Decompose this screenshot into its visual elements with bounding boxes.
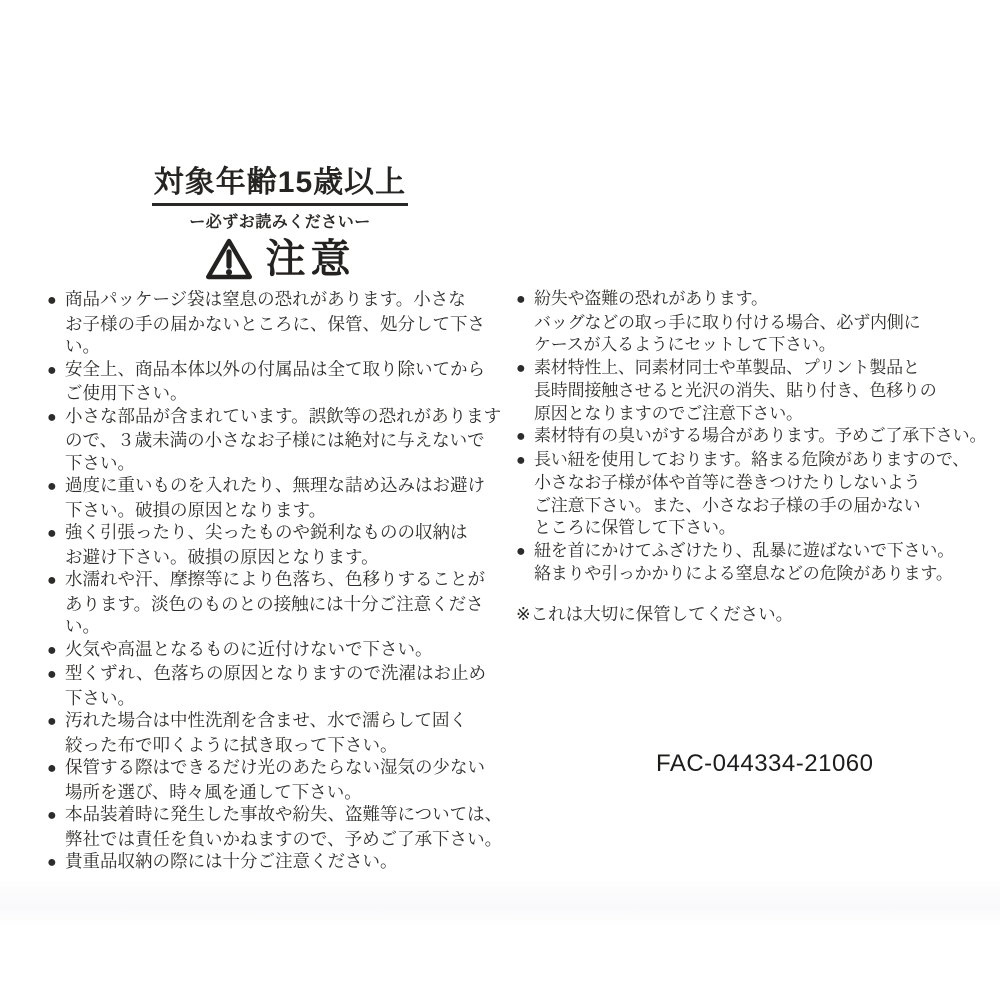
warning-text: 本品装着時に発生した事故や紛失、盗難等については、 弊社では責任を負いかねますの… xyxy=(65,804,502,849)
warning-list-item: ●水濡れや汗、摩擦等により色落ち、色移りすることが あります。淡色のものとの接触… xyxy=(47,568,515,638)
left-warning-list: ●商品パッケージ袋は窒息の恐れがあります。小さな お子様の手の届かないところに、… xyxy=(47,288,515,875)
warning-text: 汚れた場合は中性洗剤を含ませ、水で濡らして固く 絞った布で叩くように拭き取って下… xyxy=(65,710,467,755)
warning-label-page: { "header": { "age_notice": "対象年齢15歳以上",… xyxy=(0,0,1000,1000)
warning-text: 火気や高温となるものに近付けないで下さい。 xyxy=(65,639,433,659)
warning-text: 過度に重いものを入れたり、無理な詰め込みはお避け 下さい。破損の原因となります。 xyxy=(65,475,485,520)
left-warning-column: ●商品パッケージ袋は窒息の恐れがあります。小さな お子様の手の届かないところに、… xyxy=(47,288,515,875)
warning-text: 素材特性上、同素材同士や革製品、プリント製品と 長時間接触させると光沢の消失、貼… xyxy=(534,358,937,423)
warning-list-item: ●保管する際はできるだけ光のあたらない湿気の少ない 場所を選び、時々風を通して下… xyxy=(47,756,515,803)
warning-list-item: ●素材特有の臭いがする場合があります。予めご了承下さい。 xyxy=(516,425,990,449)
keep-safe-note: ※これは大切に保管してください。 xyxy=(516,603,990,626)
warning-text: 小さな部品が含まれています。誤飲等の恐れがあります ので、３歳未満の小さなお子様… xyxy=(65,406,501,473)
warning-list-item: ●安全上、商品本体以外の付属品は全て取り除いてから ご使用下さい。 xyxy=(47,358,515,405)
warning-list-item: ●火気や高温となるものに近付けないで下さい。 xyxy=(47,638,515,663)
bullet-icon: ● xyxy=(516,358,534,381)
bullet-icon: ● xyxy=(47,570,65,593)
warning-list-item: ●過度に重いものを入れたり、無理な詰め込みはお避け 下さい。破損の原因となります… xyxy=(47,474,515,521)
caution-title: 注意 xyxy=(266,239,356,279)
bullet-icon: ● xyxy=(516,541,534,564)
warning-list-item: ●型くずれ、色落ちの原因となりますので洗濯はお止め 下さい。 xyxy=(47,662,515,709)
right-warning-list: ●紛失や盗難の恐れがあります。 バッグなどの取っ手に取り付ける場合、必ず内側に … xyxy=(516,288,990,586)
bullet-icon: ● xyxy=(47,407,65,430)
must-read-subtitle: ー必ずお読みくださいー xyxy=(110,209,450,232)
warning-text: 貴重品収納の際には十分ご注意ください。 xyxy=(65,851,398,871)
header: 対象年齢15歳以上 ー必ずお読みくださいー 注意 xyxy=(110,166,450,281)
bullet-icon: ● xyxy=(47,664,65,687)
warning-text: 強く引張ったり、尖ったものや鋭利なものの収納は お避け下さい。破損の原因となりま… xyxy=(65,522,468,567)
warning-list-item: ●本品装着時に発生した事故や紛失、盗難等については、 弊社では責任を負いかねます… xyxy=(47,803,515,850)
bullet-icon: ● xyxy=(516,450,534,473)
bullet-icon: ● xyxy=(47,360,65,383)
bullet-icon: ● xyxy=(47,758,65,781)
warning-text: 水濡れや汗、摩擦等により色落ち、色移りすることが あります。淡色のものとの接触に… xyxy=(65,569,485,636)
bullet-icon: ● xyxy=(47,476,65,499)
bullet-icon: ● xyxy=(47,640,65,663)
caution-heading: 注意 xyxy=(110,237,450,281)
warning-text: 長い紐を使用しております。絡まる危険がありますので、 小さなお子様が体や首等に巻… xyxy=(534,450,969,538)
warning-list-item: ●紐を首にかけてふざけたり、乱暴に遊ばないで下さい。 絡まりや引っかかりによる窒… xyxy=(516,540,990,586)
bullet-icon: ● xyxy=(47,290,65,313)
warning-text: 素材特有の臭いがする場合があります。予めご了承下さい。 xyxy=(534,426,986,445)
bullet-icon: ● xyxy=(47,711,65,734)
warning-list-item: ●紛失や盗難の恐れがあります。 バッグなどの取っ手に取り付ける場合、必ず内側に … xyxy=(516,288,990,357)
right-warning-column: ●紛失や盗難の恐れがあります。 バッグなどの取っ手に取り付ける場合、必ず内側に … xyxy=(516,288,990,625)
warning-text: 型くずれ、色落ちの原因となりますので洗濯はお止め 下さい。 xyxy=(65,663,486,708)
bullet-icon: ● xyxy=(516,289,534,312)
product-code: FAC-044334-21060 xyxy=(656,750,873,778)
warning-list-item: ●汚れた場合は中性洗剤を含ませ、水で濡らして固く 絞った布で叩くように拭き取って… xyxy=(47,709,515,756)
bullet-icon: ● xyxy=(47,805,65,828)
warning-text: 紛失や盗難の恐れがあります。 バッグなどの取っ手に取り付ける場合、必ず内側に ケ… xyxy=(534,289,920,354)
warning-list-item: ●貴重品収納の際には十分ご注意ください。 xyxy=(47,850,515,875)
warning-text: 安全上、商品本体以外の付属品は全て取り除いてから ご使用下さい。 xyxy=(65,359,485,404)
warning-triangle-icon xyxy=(205,237,253,281)
warning-list-item: ●強く引張ったり、尖ったものや鋭利なものの収納は お避け下さい。破損の原因となり… xyxy=(47,521,515,568)
bullet-icon: ● xyxy=(47,523,65,546)
paper-edge-shadow xyxy=(0,880,1000,925)
age-restriction-title: 対象年齢15歳以上 xyxy=(152,166,408,206)
warning-list-item: ●長い紐を使用しております。絡まる危険がありますので、 小さなお子様が体や首等に… xyxy=(516,449,990,540)
warning-list-item: ●小さな部品が含まれています。誤飲等の恐れがあります ので、３歳未満の小さなお子… xyxy=(47,405,515,475)
warning-list-item: ●素材特性上、同素材同士や革製品、プリント製品と 長時間接触させると光沢の消失、… xyxy=(516,357,990,426)
bullet-icon: ● xyxy=(516,426,534,449)
warning-text: 商品パッケージ袋は窒息の恐れがあります。小さな お子様の手の届かないところに、保… xyxy=(65,289,485,356)
warning-text: 保管する際はできるだけ光のあたらない湿気の少ない 場所を選び、時々風を通して下さ… xyxy=(65,757,485,802)
warning-text: 紐を首にかけてふざけたり、乱暴に遊ばないで下さい。 絡まりや引っかかりによる窒息… xyxy=(534,541,954,584)
warning-list-item: ●商品パッケージ袋は窒息の恐れがあります。小さな お子様の手の届かないところに、… xyxy=(47,288,515,358)
bullet-icon: ● xyxy=(47,852,65,875)
